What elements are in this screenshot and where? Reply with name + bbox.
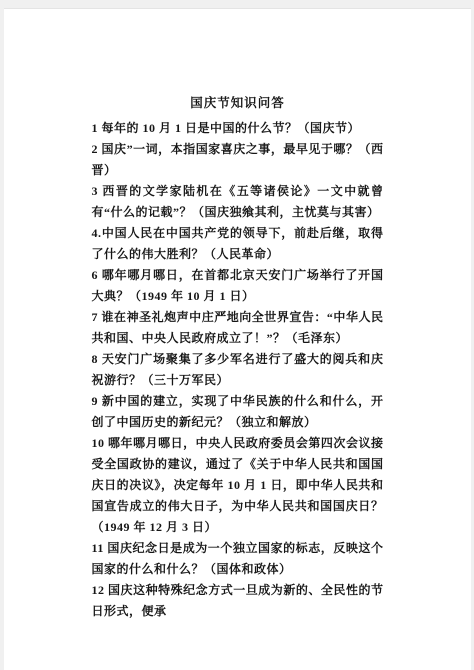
document-page: 国庆节知识问答 1 每年的 10 月 1 日是中国的什么节？（国庆节）2 国庆”… <box>4 8 471 670</box>
qa-list: 1 每年的 10 月 1 日是中国的什么节？（国庆节）2 国庆”一词，本指国家喜… <box>92 118 384 622</box>
page-title: 国庆节知识问答 <box>92 93 384 114</box>
document-content: 国庆节知识问答 1 每年的 10 月 1 日是中国的什么节？（国庆节）2 国庆”… <box>92 93 384 622</box>
qa-paragraph: 11 国庆纪念日是成为一个独立国家的标志，反映这个国家的什么和什么？（国体和政体… <box>92 538 384 580</box>
qa-paragraph: 4.中国人民在中国共产党的领导下，前赴后继，取得了什么的伟大胜利？（人民革命） <box>92 223 384 265</box>
qa-paragraph: 10 哪年哪月哪日，中央人民政府委员会第四次会议接受全国政协的建议，通过了《关于… <box>92 433 384 538</box>
qa-paragraph: 8 天安门广场聚集了多少军名进行了盛大的阅兵和庆祝游行？（三十万军民） <box>92 349 384 391</box>
qa-paragraph: 1 每年的 10 月 1 日是中国的什么节？（国庆节） <box>92 118 384 139</box>
qa-paragraph: 2 国庆”一词，本指国家喜庆之事，最早见于哪？（西晋） <box>92 139 384 181</box>
qa-paragraph: 7 谁在神圣礼炮声中庄严地向全世界宣告：“中华人民共和国、中央人民政府成立了！”… <box>92 307 384 349</box>
qa-paragraph: 3 西晋的文学家陆机在《五等诸侯论》一文中就曾有“什么的记载”？（国庆独飨其利，… <box>92 181 384 223</box>
qa-paragraph: 6 哪年哪月哪日，在首都北京天安门广场举行了开国大典？（1949 年 10 月 … <box>92 265 384 307</box>
qa-paragraph: 12 国庆这种特殊纪念方式一旦成为新的、全民性的节日形式，便承 <box>92 580 384 622</box>
qa-paragraph: 9 新中国的建立，实现了中华民族的什么和什么，开创了中国历史的新纪元？（独立和解… <box>92 391 384 433</box>
